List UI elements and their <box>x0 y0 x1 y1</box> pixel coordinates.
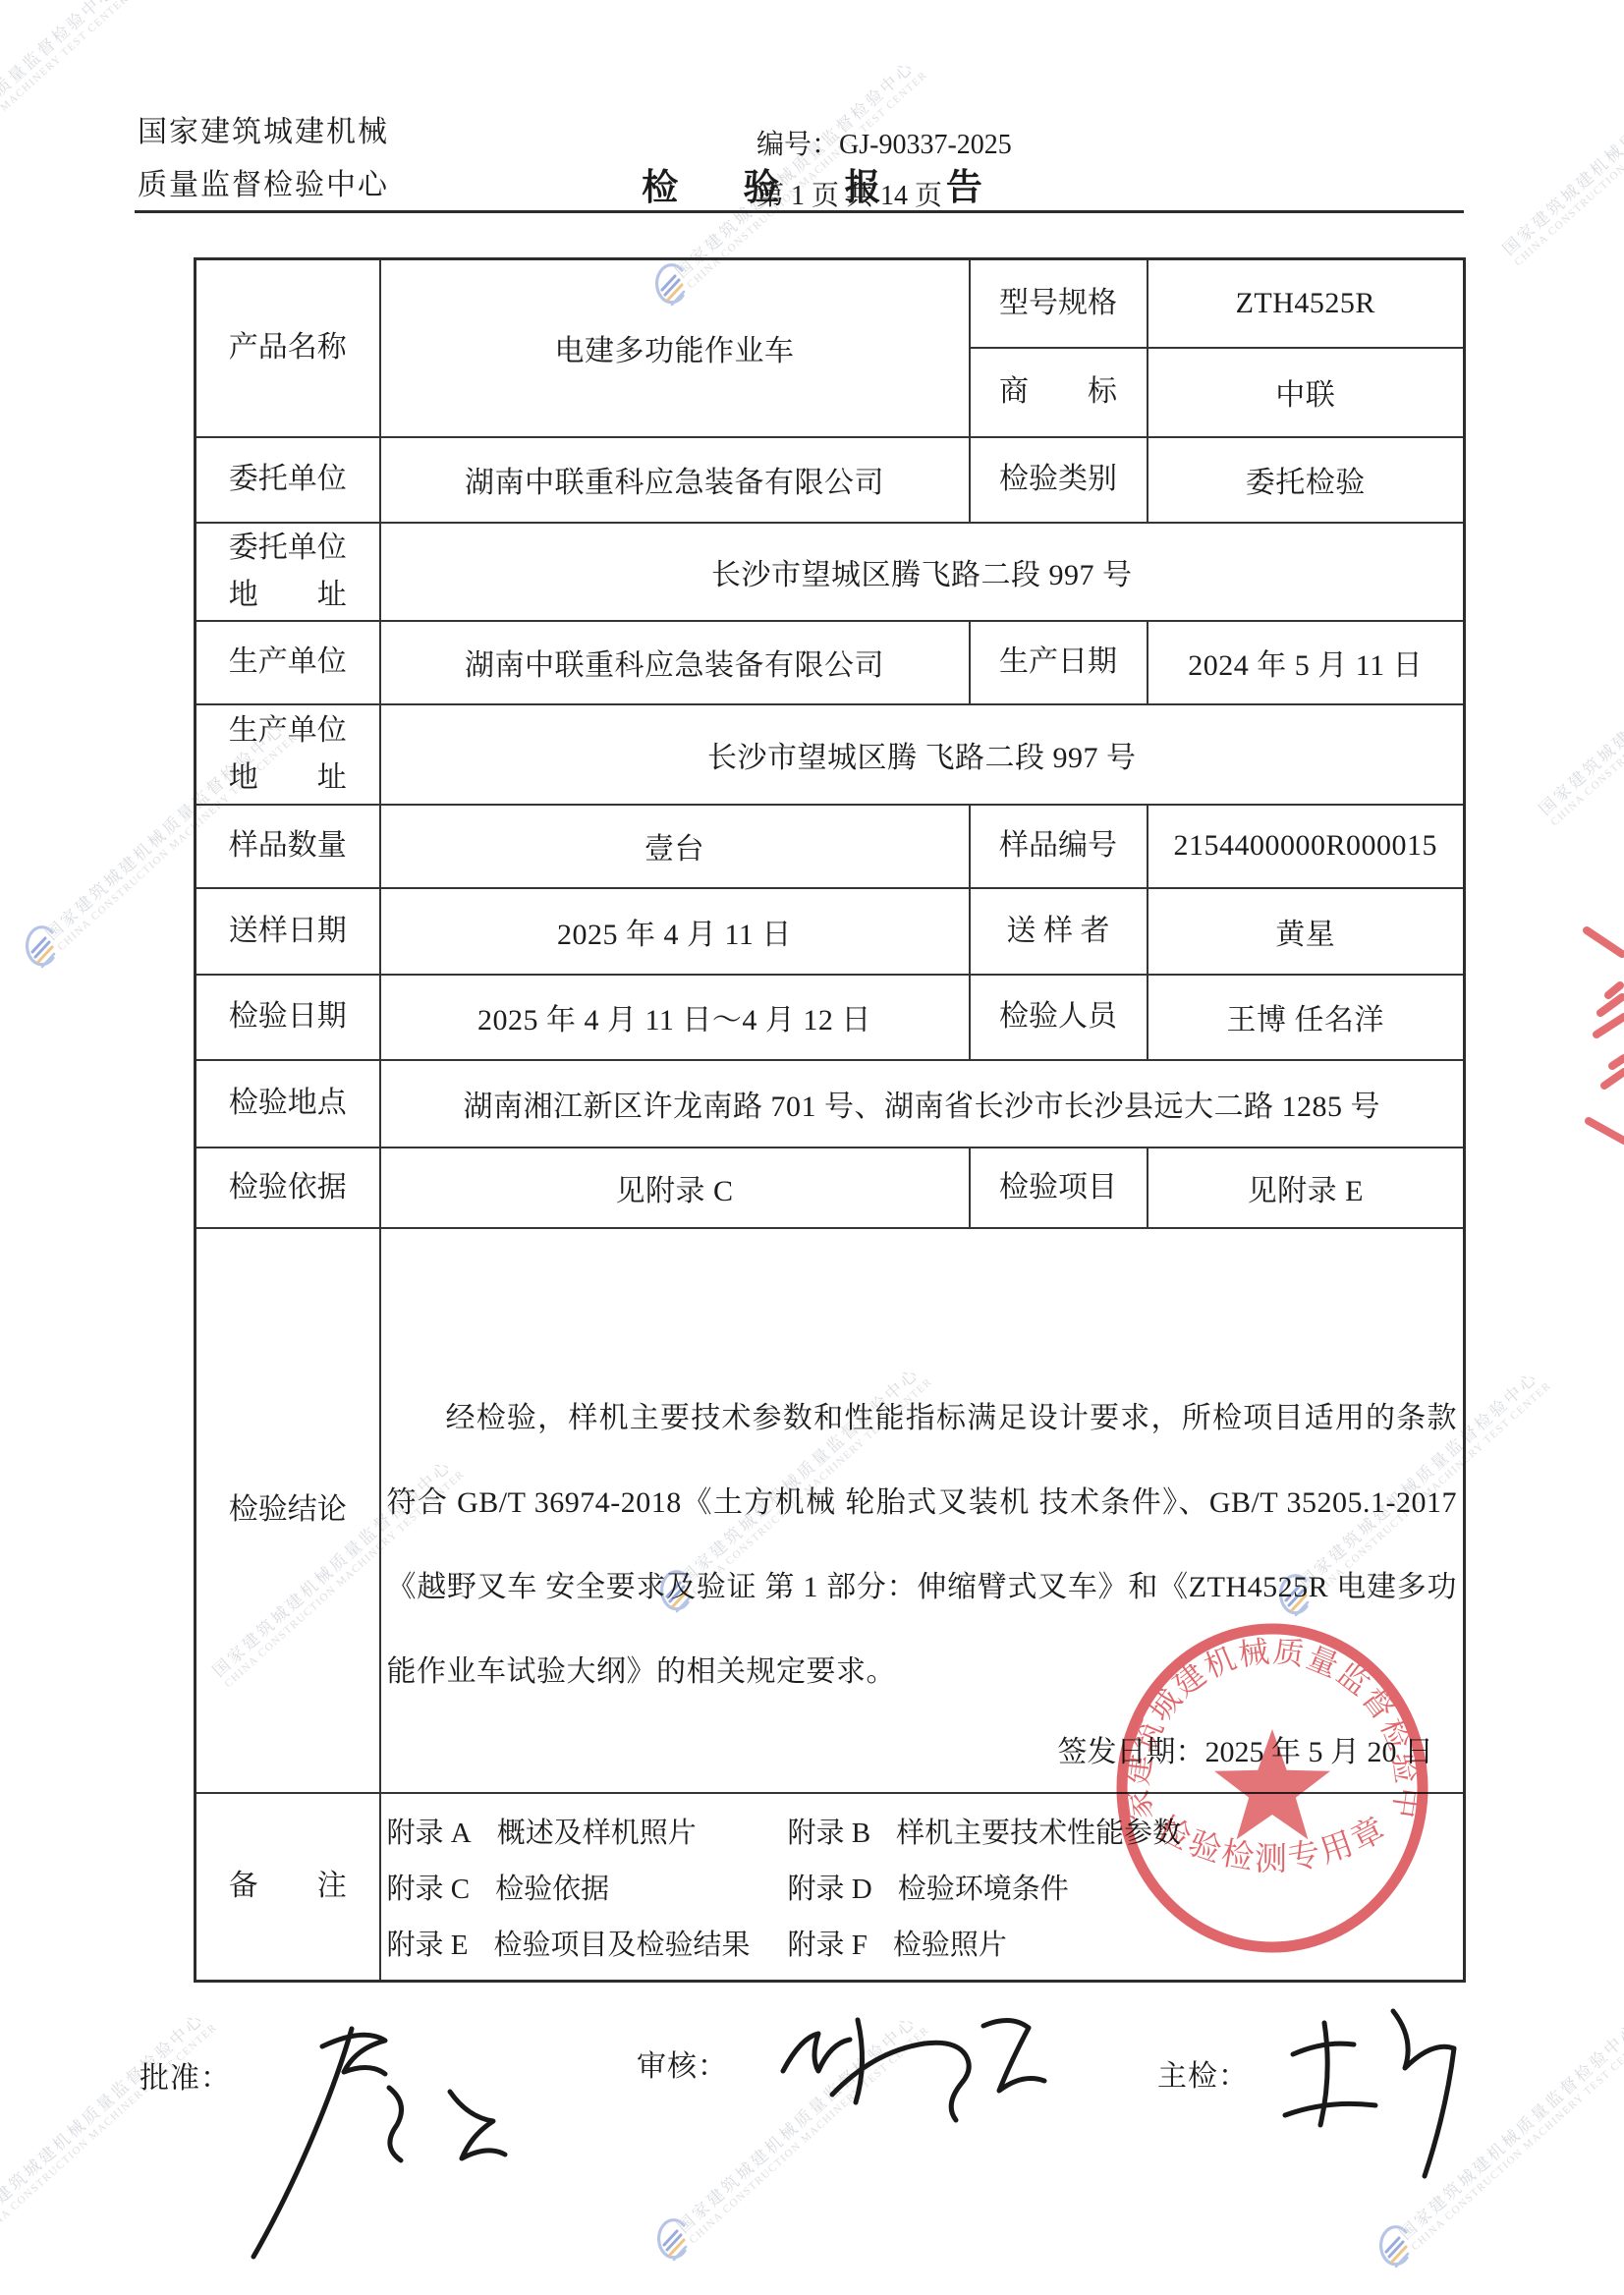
trademark-value: 中联 <box>1148 348 1465 437</box>
inspection-basis-label: 检验依据 <box>196 1147 380 1228</box>
trademark-label: 商 标 <box>970 348 1148 437</box>
model-spec-value: ZTH4525R <box>1148 259 1465 348</box>
scanned-inspection-report-page: { "header": { "org_line1": "国家建筑城建机械", "… <box>0 0 1624 2295</box>
inspectors-value: 王博 任名洋 <box>1148 975 1465 1060</box>
appendix-entry: 附录 A概述及样机照片 <box>387 1811 788 1851</box>
appendix-entry: 附录 C检验依据 <box>387 1867 788 1907</box>
header-rule <box>135 210 1464 213</box>
watermark-text-en: CHINA CONSTRUCTION MACHINERY TEST CENTER <box>1548 452 1624 829</box>
client-address-label: 委托单位 地 址 <box>196 523 380 621</box>
appendix-title: 检验环境条件 <box>898 1867 1069 1907</box>
appendix-id: 附录 A <box>387 1811 472 1851</box>
watermark-text-cn: 国家建筑城建机械质量监督检验中心 <box>1533 433 1624 819</box>
stamp-banner-text: 检验检测专用章 <box>1151 1810 1394 1877</box>
deliverer-value: 黄星 <box>1148 888 1465 975</box>
appendix-id: 附录 D <box>788 1867 872 1907</box>
inspection-type-value: 委托检验 <box>1148 437 1465 523</box>
review-label: 审核： <box>637 2042 728 2085</box>
watermark-text-cn: 国家建筑城建机械质量监督检验中心 <box>1496 0 1624 259</box>
report-meta: 编号：GJ-90337-2025 第 1 页 共 14 页 <box>756 120 1149 222</box>
chief-label: 主检： <box>1157 2051 1249 2095</box>
org-name-line1: 国家建筑城建机械 <box>138 106 389 159</box>
inspection-items-value: 见附录 E <box>1148 1147 1465 1228</box>
inspection-date-value: 2025 年 4 月 11 日～4 月 12 日 <box>380 975 970 1060</box>
sample-number-label: 样品编号 <box>970 805 1148 888</box>
center-logo-icon <box>22 925 61 973</box>
manufacturer-value: 湖南中联重科应急装备有限公司 <box>380 621 970 704</box>
inspection-location-value: 湖南湘江新区许龙南路 701 号、湖南省长沙市长沙县远大二路 1285 号 <box>380 1060 1465 1147</box>
sample-quantity-label: 样品数量 <box>196 805 380 888</box>
inspection-date-label: 检验日期 <box>196 975 380 1060</box>
chief-signature <box>1267 1989 1484 2196</box>
appendix-title: 检验依据 <box>495 1867 609 1907</box>
inspection-type-label: 检验类别 <box>970 437 1148 523</box>
center-logo-icon <box>1375 2225 1415 2272</box>
appendix-id: 附录 F <box>788 1923 868 1963</box>
manufacturer-address-value: 长沙市望城区腾 飞路二段 997 号 <box>380 704 1465 805</box>
approve-signature <box>206 2009 531 2274</box>
appendix-title: 检验照片 <box>893 1923 1007 1963</box>
watermark: 国家建筑城建机械质量监督检验中心CHINA CONSTRUCTION MACHI… <box>1375 2225 1415 2277</box>
appendix-id: 附录 C <box>387 1867 471 1907</box>
client-value: 湖南中联重科应急装备有限公司 <box>380 437 970 523</box>
delivery-date-label: 送样日期 <box>196 888 380 975</box>
appendix-id: 附录 B <box>788 1811 871 1851</box>
review-signature <box>761 1994 1076 2161</box>
client-address-value: 长沙市望城区腾飞路二段 997 号 <box>380 523 1465 621</box>
client-label: 委托单位 <box>196 437 380 523</box>
inspection-location-label: 检验地点 <box>196 1060 380 1147</box>
svg-text:检验检测专用章: 检验检测专用章 <box>1151 1810 1394 1877</box>
product-name-value: 电建多功能作业车 <box>380 259 970 437</box>
product-name-label: 产品名称 <box>196 259 380 437</box>
center-logo-icon <box>653 2218 693 2266</box>
production-date-label: 生产日期 <box>970 621 1148 704</box>
appendix-title: 检验项目及检验结果 <box>493 1923 750 1963</box>
production-date-value: 2024 年 5 月 11 日 <box>1148 621 1465 704</box>
watermark: 国家建筑城建机械质量监督检验中心CHINA CONSTRUCTION MACHI… <box>653 2218 693 2270</box>
remarks-label: 备 注 <box>196 1793 380 1982</box>
inspection-items-label: 检验项目 <box>970 1147 1148 1228</box>
appendix-title: 概述及样机照片 <box>497 1811 697 1851</box>
conclusion-label: 检验结论 <box>196 1228 380 1793</box>
model-spec-label: 型号规格 <box>970 259 1148 348</box>
page-indicator: 第 1 页 共 14 页 <box>756 171 1149 222</box>
report-number: 编号：GJ-90337-2025 <box>756 120 1149 171</box>
manufacturer-address-label: 生产单位 地 址 <box>196 704 380 805</box>
deliverer-label: 送 样 者 <box>970 888 1148 975</box>
watermark: 国家建筑城建机械质量监督检验中心CHINA CONSTRUCTION MACHI… <box>22 925 61 978</box>
manufacturer-label: 生产单位 <box>196 621 380 704</box>
sample-quantity-value: 壹台 <box>380 805 970 888</box>
stamp-star-icon <box>1214 1729 1330 1839</box>
watermark-text-en: CHINA CONSTRUCTION MACHINERY TEST CENTER <box>1512 0 1624 268</box>
sample-number-value: 2154400000R000015 <box>1148 805 1465 888</box>
inspection-basis-value: 见附录 C <box>380 1147 970 1228</box>
official-seal-stamp: 国家建筑城建机械质量监督检验中心 检验检测专用章 <box>1105 1619 1439 1953</box>
appendix-id: 附录 E <box>387 1923 469 1963</box>
appendix-entry: 附录 E检验项目及检验结果 <box>387 1923 788 1963</box>
edge-stamp-fragment-icon <box>1579 919 1624 1145</box>
delivery-date-value: 2025 年 4 月 11 日 <box>380 888 970 975</box>
inspectors-label: 检验人员 <box>970 975 1148 1060</box>
